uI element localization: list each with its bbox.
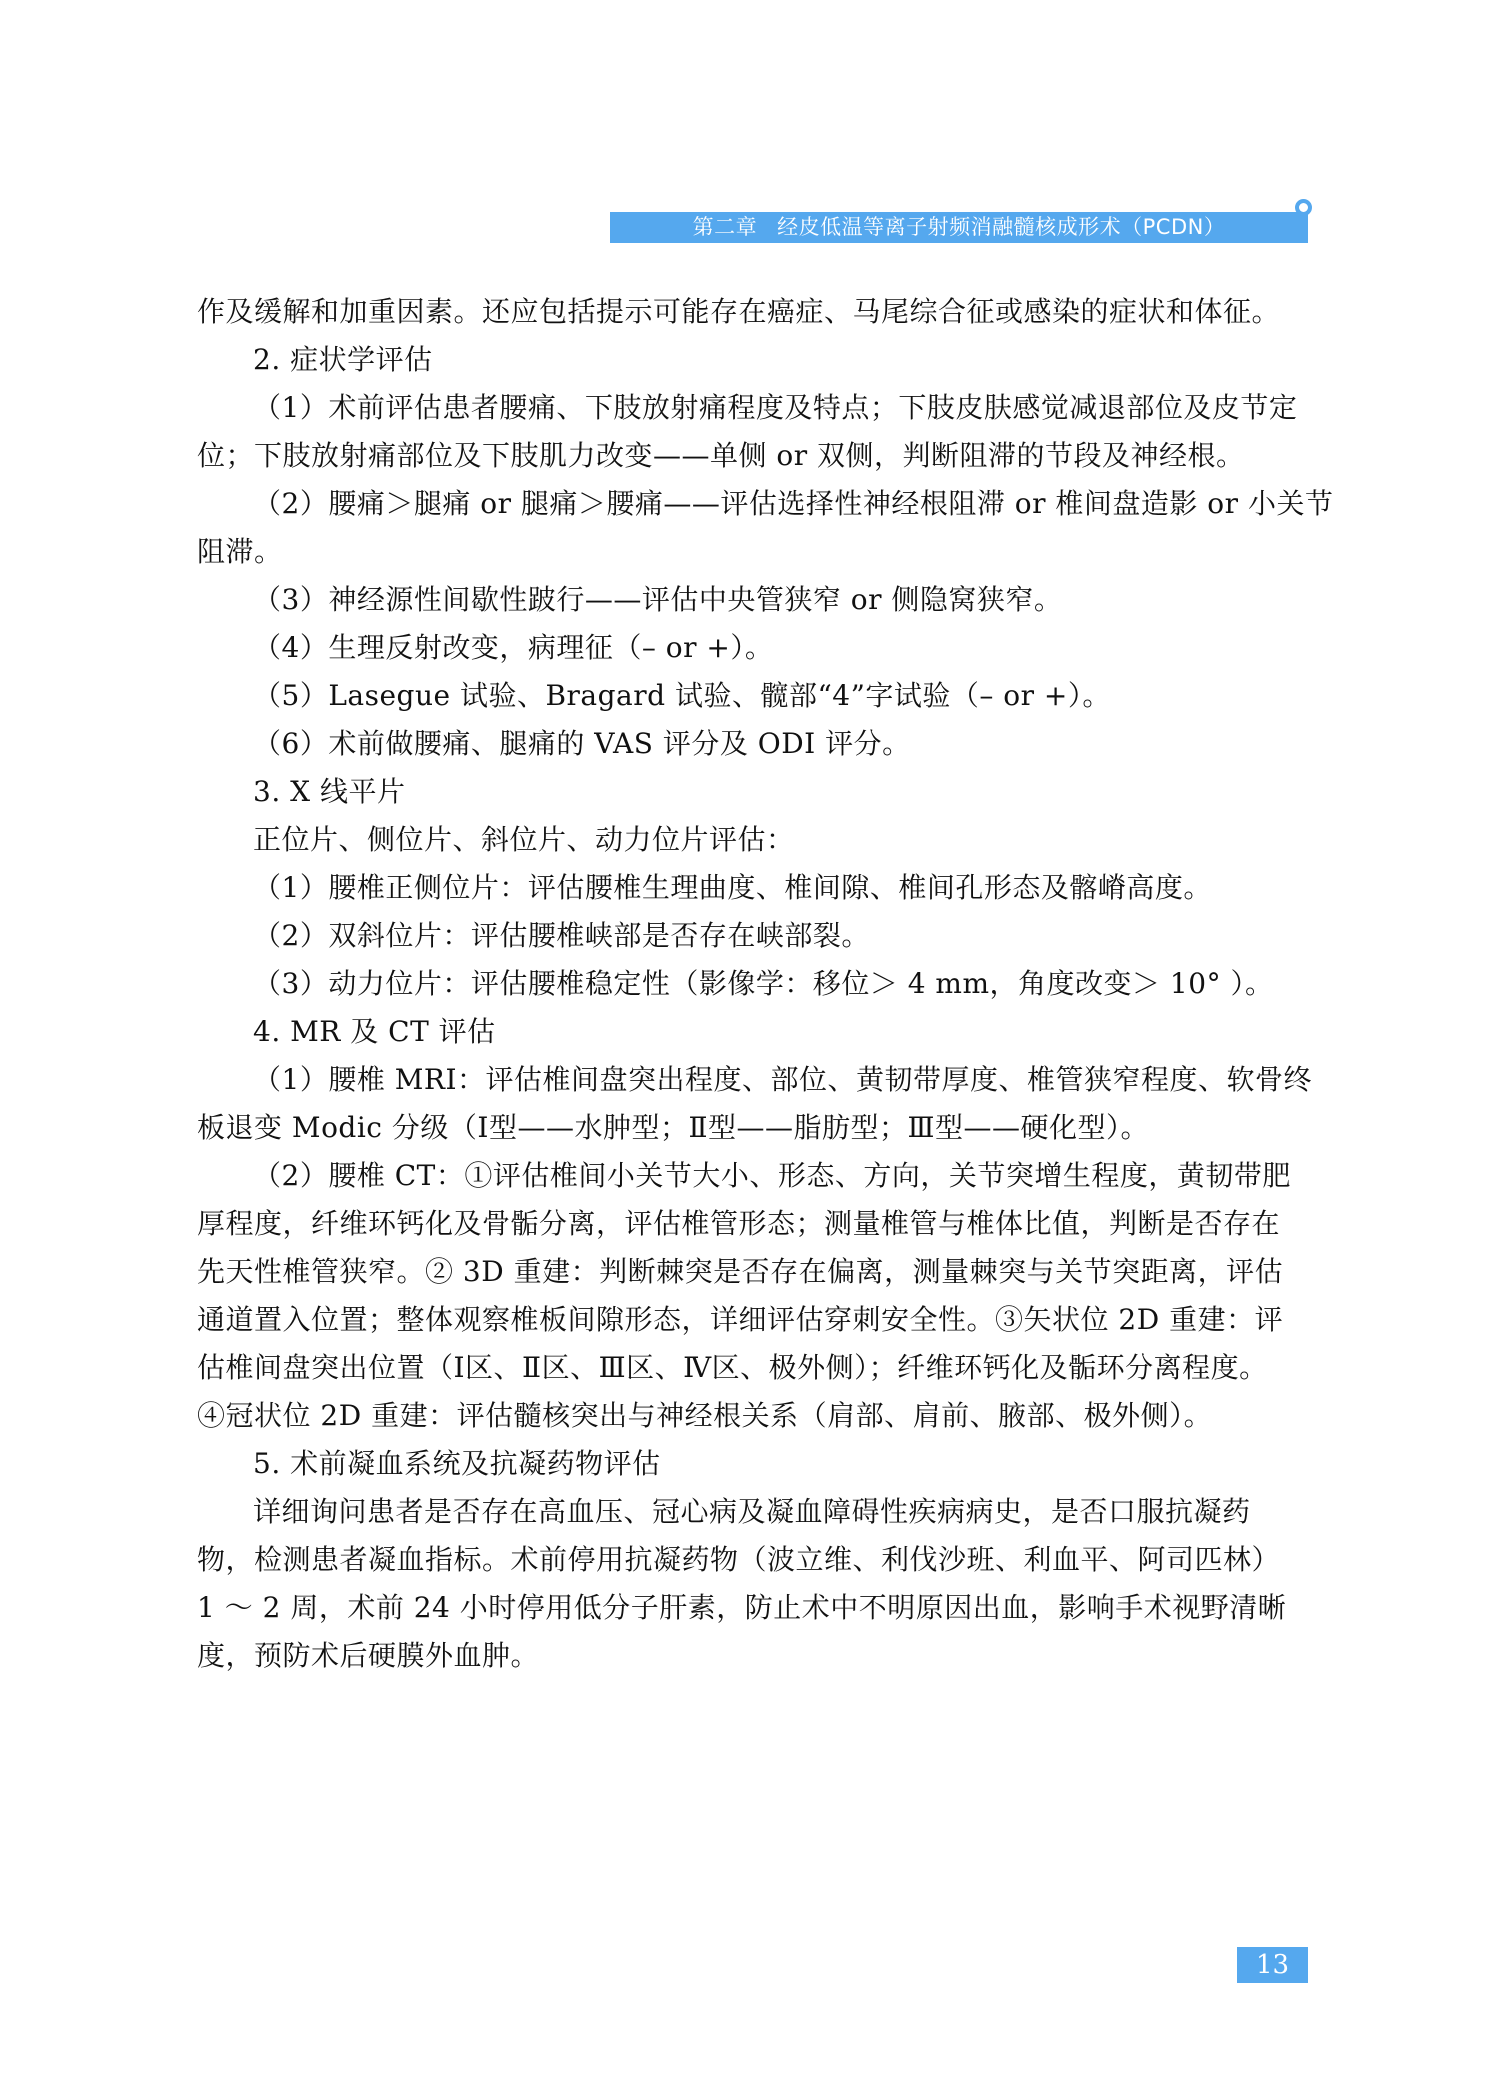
text-line: （4）生理反射改变，病理征（– or +）。 xyxy=(197,624,1382,672)
text-line: 通道置入位置；整体观察椎板间隙形态，详细评估穿刺安全性。③矢状位 2D 重建：评 xyxy=(197,1296,1382,1344)
text-line: ④冠状位 2D 重建：评估髓核突出与神经根关系（肩部、肩前、腋部、极外侧）。 xyxy=(197,1392,1382,1440)
text-line: 4. MR 及 CT 评估 xyxy=(197,1008,1382,1056)
text-line: （5）Lasegue 试验、Bragard 试验、髋部“4”字试验（– or +… xyxy=(197,672,1382,720)
page-number-badge: 13 xyxy=(1237,1947,1308,1983)
chapter-header-banner: 第二章经皮低温等离子射频消融髓核成形术（PCDN） xyxy=(610,212,1308,243)
text-line: 度，预防术后硬膜外血肿。 xyxy=(197,1632,1382,1680)
text-line: （3）动力位片：评估腰椎稳定性（影像学：移位＞ 4 mm，角度改变＞ 10° ）… xyxy=(197,960,1382,1008)
text-line: （1）腰椎 MRI：评估椎间盘突出程度、部位、黄韧带厚度、椎管狭窄程度、软骨终 xyxy=(197,1056,1382,1104)
text-line: 板退变 Modic 分级（Ⅰ型——水肿型；Ⅱ型——脂肪型；Ⅲ型——硬化型）。 xyxy=(197,1104,1382,1152)
text-line: 5. 术前凝血系统及抗凝药物评估 xyxy=(197,1440,1382,1488)
text-line: 估椎间盘突出位置（Ⅰ区、Ⅱ区、Ⅲ区、Ⅳ区、极外侧）；纤维环钙化及骺环分离程度。 xyxy=(197,1344,1382,1392)
text-line: （1）腰椎正侧位片：评估腰椎生理曲度、椎间隙、椎间孔形态及髂嵴高度。 xyxy=(197,864,1382,912)
text-line: 详细询问患者是否存在高血压、冠心病及凝血障碍性疾病病史，是否口服抗凝药 xyxy=(197,1488,1382,1536)
text-line: 2. 症状学评估 xyxy=(197,336,1382,384)
decorative-dot-icon xyxy=(1295,199,1312,216)
text-line: 1 ～ 2 周，术前 24 小时停用低分子肝素，防止术中不明原因出血，影响手术视… xyxy=(197,1584,1382,1632)
text-line: （2）腰椎 CT：①评估椎间小关节大小、形态、方向，关节突增生程度，黄韧带肥 xyxy=(197,1152,1382,1200)
text-line: 厚程度，纤维环钙化及骨骺分离，评估椎管形态；测量椎管与椎体比值，判断是否存在 xyxy=(197,1200,1382,1248)
text-line: 位；下肢放射痛部位及下肢肌力改变——单侧 or 双侧，判断阻滞的节段及神经根。 xyxy=(197,432,1382,480)
text-line: （1）术前评估患者腰痛、下肢放射痛程度及特点；下肢皮肤感觉减退部位及皮节定 xyxy=(197,384,1382,432)
text-line: 先天性椎管狭窄。② 3D 重建：判断棘突是否存在偏离，测量棘突与关节突距离，评估 xyxy=(197,1248,1382,1296)
text-line: 物，检测患者凝血指标。术前停用抗凝药物（波立维、利伐沙班、利血平、阿司匹林） xyxy=(197,1536,1382,1584)
text-line: 正位片、侧位片、斜位片、动力位片评估： xyxy=(197,816,1382,864)
text-line: （2）双斜位片：评估腰椎峡部是否存在峡部裂。 xyxy=(197,912,1382,960)
chapter-title: 经皮低温等离子射频消融髓核成形术（PCDN） xyxy=(777,215,1225,239)
document-page: 第二章经皮低温等离子射频消融髓核成形术（PCDN） 作及缓解和加重因素。还应包括… xyxy=(0,0,1504,2095)
text-line: 3. X 线平片 xyxy=(197,768,1382,816)
text-line: 作及缓解和加重因素。还应包括提示可能存在癌症、马尾综合征或感染的症状和体征。 xyxy=(197,288,1382,336)
text-line: 阻滞。 xyxy=(197,528,1382,576)
text-line: （2）腰痛＞腿痛 or 腿痛＞腰痛——评估选择性神经根阻滞 or 椎间盘造影 o… xyxy=(197,480,1382,528)
body-text: 作及缓解和加重因素。还应包括提示可能存在癌症、马尾综合征或感染的症状和体征。2.… xyxy=(197,288,1382,1680)
chapter-label: 第二章 xyxy=(693,215,758,239)
text-line: （6）术前做腰痛、腿痛的 VAS 评分及 ODI 评分。 xyxy=(197,720,1382,768)
text-line: （3）神经源性间歇性跛行——评估中央管狭窄 or 侧隐窝狭窄。 xyxy=(197,576,1382,624)
